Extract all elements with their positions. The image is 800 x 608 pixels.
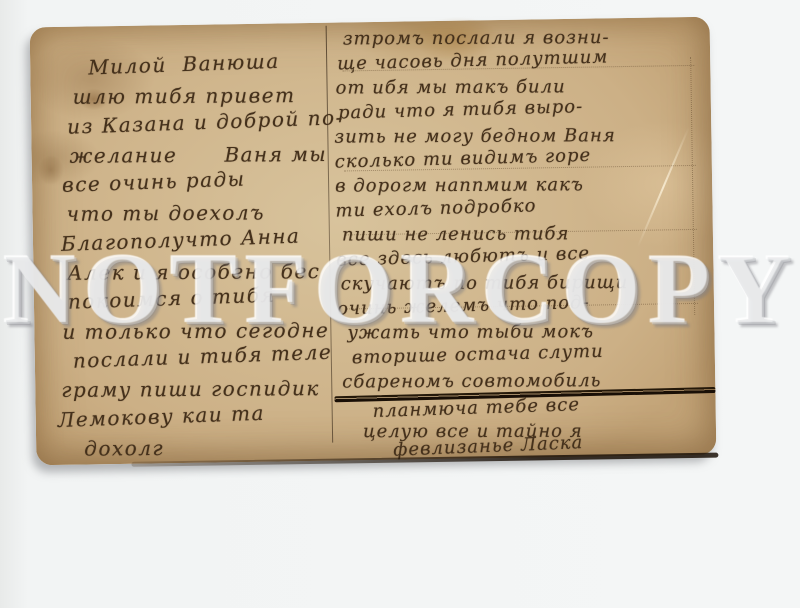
handwriting-line: Милой Ванюша [88, 45, 345, 83]
left-message-column: Милой Ванюша шлю тибя привет из Казана и… [44, 49, 350, 464]
photo-background: Милой Ванюша шлю тибя привет из Казана и… [0, 0, 800, 608]
postcard: Милой Ванюша шлю тибя привет из Казана и… [30, 17, 717, 466]
handwriting-line: дохолг [84, 433, 350, 464]
right-message-column: зтромъ послали я возни- ще часовь дня по… [333, 22, 717, 395]
closing-lines: планмюча тебе все целую все и тайно я фе… [339, 397, 718, 461]
